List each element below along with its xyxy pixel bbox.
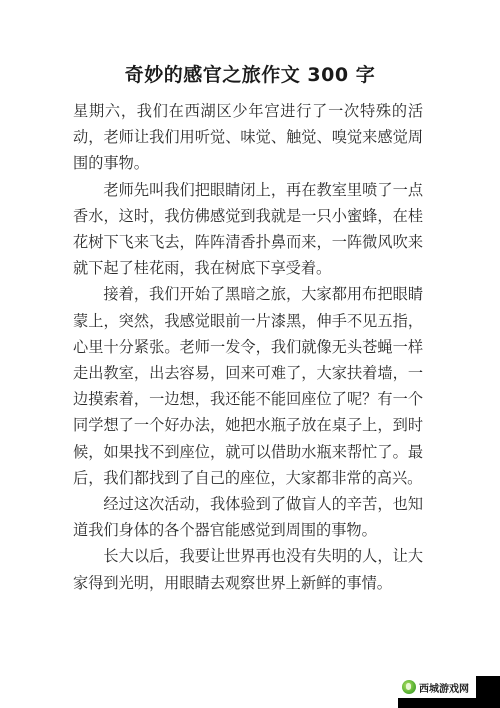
paragraph-1: 星期六，我们在西湖区少年宫进行了一次特殊的活动，老师让我们用听觉、味觉、触觉、嗅… xyxy=(73,98,423,177)
site-watermark: 西城游戏网 xyxy=(398,676,500,708)
watermark-bar xyxy=(398,698,500,708)
watermark-label: 西城游戏网 xyxy=(419,680,469,695)
document-page: 奇妙的感官之旅作文 300 字 星期六，我们在西湖区少年宫进行了一次特殊的活动，… xyxy=(0,0,500,708)
document-body: 星期六，我们在西湖区少年宫进行了一次特殊的活动，老师让我们用听觉、味觉、触觉、嗅… xyxy=(73,98,423,596)
document-title: 奇妙的感官之旅作文 300 字 xyxy=(0,60,500,87)
paragraph-2: 老师先叫我们把眼睛闭上，再在教室里喷了一点香水，这时，我仿佛感觉到我就是一只小蜜… xyxy=(73,177,423,282)
paragraph-3: 接着，我们开始了黑暗之旅，大家都用布把眼睛蒙上，突然，我感觉眼前一片漆黑，伸手不… xyxy=(73,281,423,491)
paragraph-5: 长大以后，我要让世界再也没有失明的人，让大家得到光明，用眼睛去观察世界上新鲜的事… xyxy=(73,543,423,595)
paragraph-4: 经过这次活动，我体验到了做盲人的辛苦，也知道我们身体的各个器官能感觉到周围的事物… xyxy=(73,491,423,543)
site-logo-icon xyxy=(402,680,416,694)
watermark-badge: 西城游戏网 xyxy=(398,676,476,698)
